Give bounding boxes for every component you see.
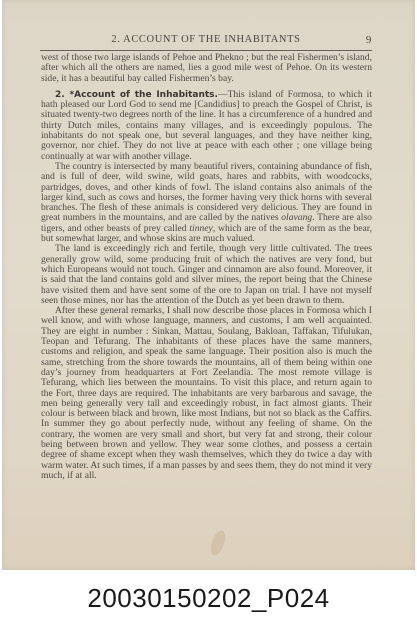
scanned-page: 2. ACCOUNT OF THE INHABITANTS 9 west of … xyxy=(2,0,415,570)
section-body: —This island of Formosa, to which it hat… xyxy=(41,89,372,162)
running-head: 2. ACCOUNT OF THE INHABITANTS 9 xyxy=(40,31,372,49)
running-head-title: 2. ACCOUNT OF THE INHABITANTS xyxy=(40,34,372,45)
paragraph-country: The country is intersected by many beaut… xyxy=(41,162,372,244)
paragraph-continuation: west of those two large islands of Pehoe… xyxy=(41,53,372,84)
body-text: west of those two large islands of Pehoe… xyxy=(41,53,372,481)
paragraph-land: The land is exceedingly rich and fertile… xyxy=(41,244,372,306)
header-rule xyxy=(40,50,372,51)
image-caption: 20030150202_P024 xyxy=(0,583,417,614)
paragraph-section-2: 2. *Account of the Inhabitants.—This isl… xyxy=(41,90,372,162)
page-number: 9 xyxy=(366,34,372,46)
paper-stain xyxy=(208,529,228,558)
paragraph-places: After these general remarks, I shall now… xyxy=(41,306,372,481)
